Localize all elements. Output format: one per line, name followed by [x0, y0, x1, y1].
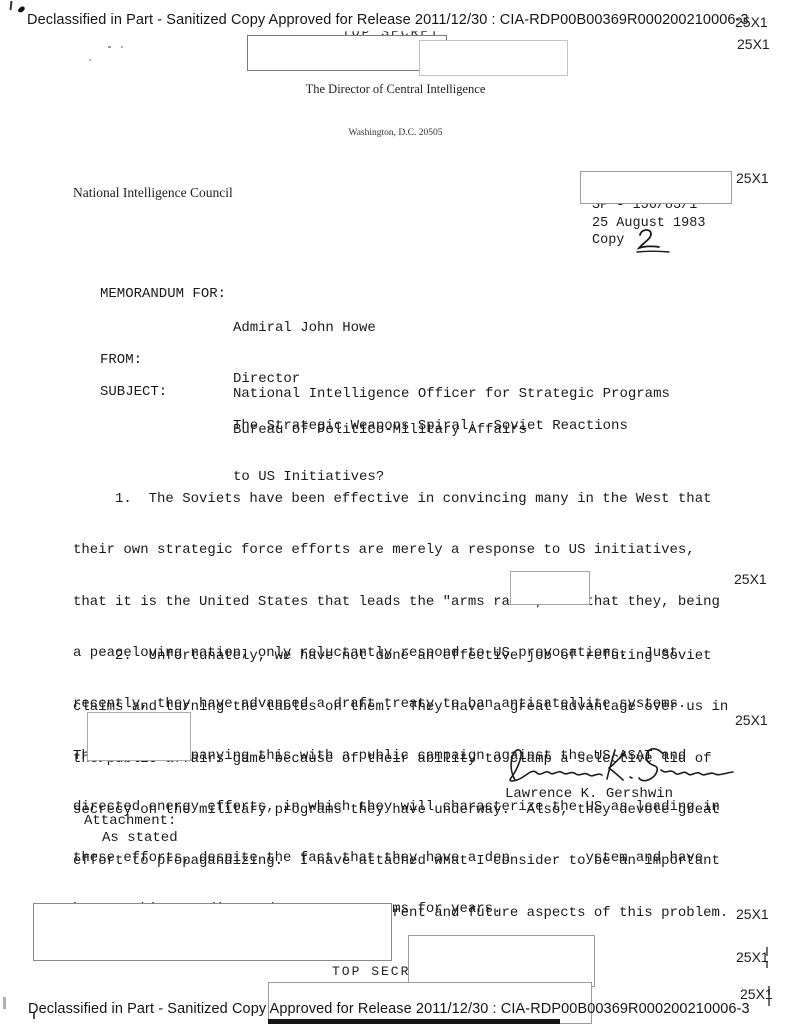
- body-line: 1. The Soviets have been effective in co…: [73, 491, 720, 508]
- memo-field-label: FROM:: [100, 352, 142, 368]
- margin-mark-25x1: 25X1: [735, 712, 768, 728]
- document-page: Declassified in Part - Sanitized Copy Ap…: [0, 0, 791, 1024]
- memo-field-line: Admiral John Howe: [233, 320, 527, 337]
- redaction-box: [510, 571, 590, 605]
- margin-mark-25x1: 25X1: [740, 986, 773, 1002]
- redaction-box: [33, 903, 392, 961]
- memo-field-label: SUBJECT:: [100, 384, 167, 400]
- scan-artifact-dot: [89, 59, 91, 61]
- margin-mark-25x1: 25X1: [734, 571, 767, 587]
- scan-artifact-dot: [108, 46, 111, 48]
- scan-artifact-mark: [3, 997, 6, 1009]
- scan-artifact-comma: [17, 5, 25, 14]
- body-line: secrecy on the military programs they ha…: [73, 802, 728, 819]
- margin-mark-25x1: 25X1: [735, 14, 768, 30]
- scan-artifact-tick: [10, 1, 13, 10]
- memo-field-line: The Strategic Weapons Spiral: Soviet Rea…: [233, 418, 628, 435]
- declassified-banner-bottom: Declassified in Part - Sanitized Copy Ap…: [28, 1001, 750, 1017]
- handwritten-signature: [497, 740, 737, 790]
- copy-label: Copy: [592, 233, 624, 248]
- redaction-box: [419, 40, 568, 76]
- redaction-box: [580, 171, 732, 204]
- memo-field-label: MEMORANDUM FOR:: [100, 286, 226, 302]
- letterhead-office: National Intelligence Council: [73, 185, 233, 201]
- letterhead-address: Washington, D.C. 20505: [0, 128, 791, 138]
- scan-artifact-dot: [121, 46, 123, 48]
- redaction-box: [247, 35, 447, 71]
- margin-mark-25x1: 25X1: [736, 170, 769, 186]
- body-line: their own strategic force efforts are me…: [73, 542, 720, 559]
- scan-artifact-strip: [268, 1019, 560, 1024]
- body-line: 2. Unfortunately, we have not done an ef…: [73, 648, 728, 665]
- body-line: that it is the United States that leads …: [73, 594, 720, 611]
- declassified-banner-top: Declassified in Part - Sanitized Copy Ap…: [27, 12, 749, 28]
- margin-mark-25x1: 25X1: [737, 36, 770, 52]
- body-line: effort to propagandizing. I have attache…: [73, 853, 728, 870]
- redaction-box: [87, 712, 191, 761]
- handwritten-copy-number: [631, 226, 677, 258]
- signature-typed-name: Lawrence K. Gershwin: [505, 786, 673, 802]
- redaction-box: [408, 935, 595, 987]
- margin-mark-25x1: 25X1: [736, 906, 769, 922]
- letterhead-title: The Director of Central Intelligence: [0, 82, 791, 97]
- margin-mark-25x1: 25X1: [736, 949, 769, 965]
